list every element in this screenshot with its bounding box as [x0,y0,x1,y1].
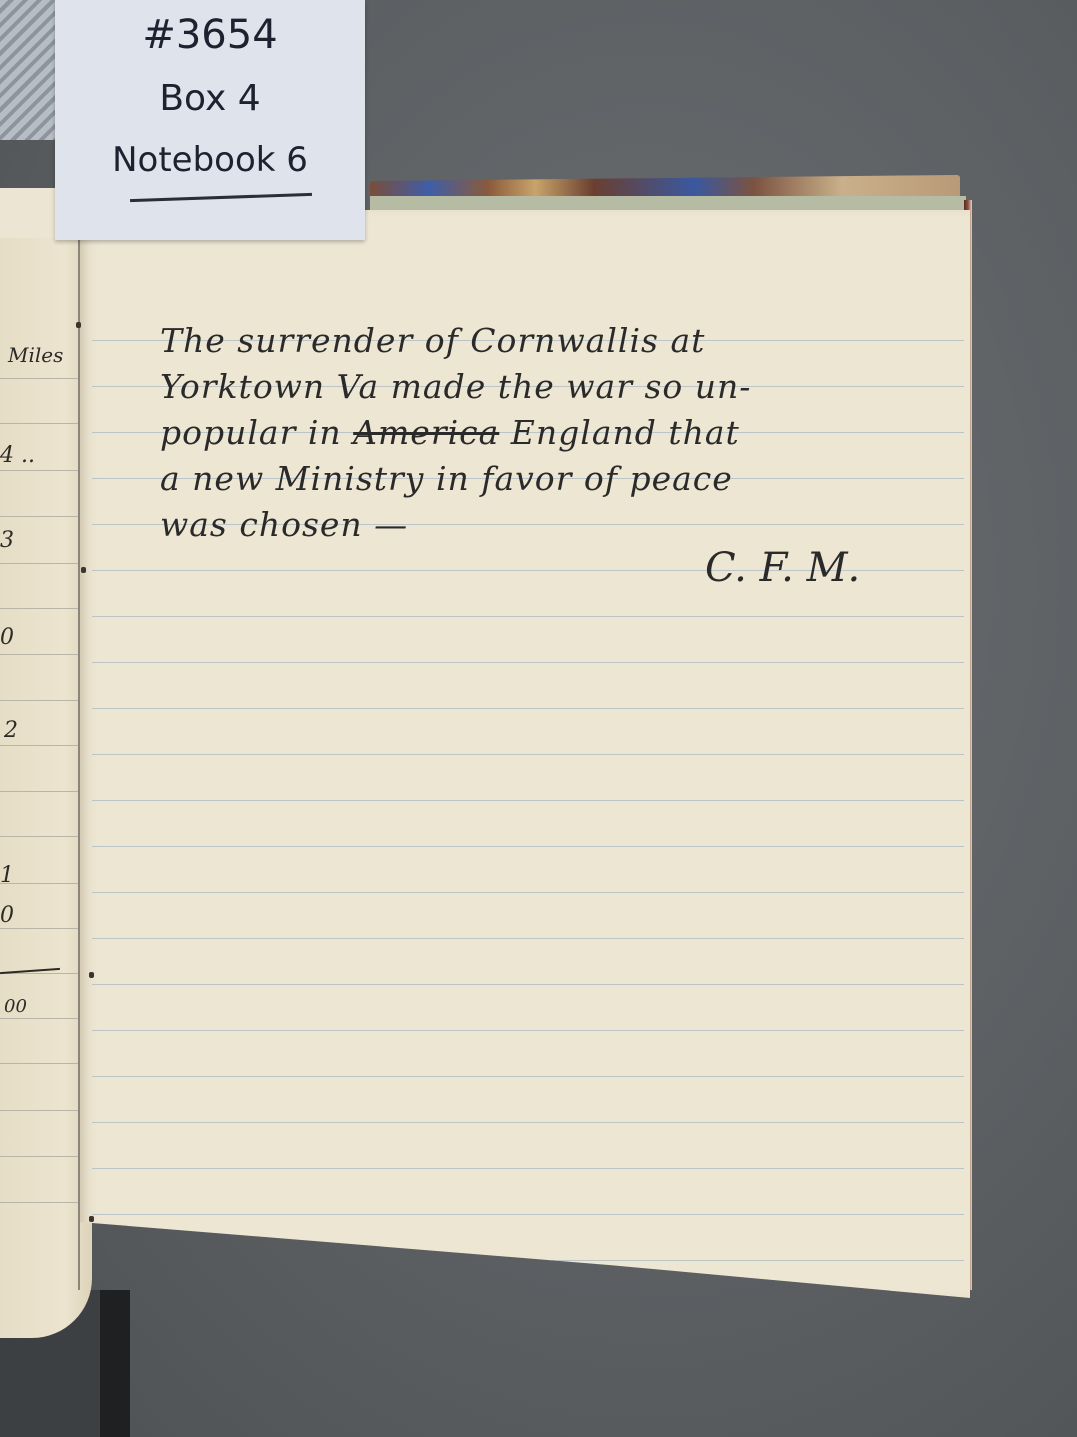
box-number: Box 4 [55,78,365,119]
label-underline [130,193,312,202]
left-page-fragment: 4 .. [0,443,35,468]
accession-number: #3654 [55,12,365,58]
left-page-fragment: 3 [0,528,14,553]
notebook-number: Notebook 6 [55,140,365,180]
handwritten-line: Yorktown Va made the war so un- [160,364,950,410]
left-page-fragment: 0 [0,625,14,650]
handwritten-line: was chosen — [160,502,950,548]
left-page-fragment: 1 [0,863,14,888]
page-gutter [78,230,80,1290]
binding-stitch [81,567,86,573]
struck-word: America [353,413,499,452]
handwritten-line: a new Ministry in favor of peace [160,456,950,502]
page-shadow [100,1290,130,1437]
binding-stitch [76,322,81,328]
label-string [0,0,60,140]
binding-stitch [89,972,94,978]
handwritten-line: The surrender of Cornwallis at [160,318,950,364]
handwritten-line: popular in America England that [160,410,950,456]
handwritten-entry: The surrender of Cornwallis at Yorktown … [160,318,950,548]
binding-stitch [89,1216,94,1222]
archive-label-card: #3654 Box 4 Notebook 6 [55,0,365,240]
signature-initials: C. F. M. [705,545,860,591]
left-page-fragment: Miles [8,343,63,367]
left-page-fragment: 00 [4,996,27,1017]
left-page-fragment: 0 [0,903,14,928]
left-page-fragment: 2 [4,718,18,743]
